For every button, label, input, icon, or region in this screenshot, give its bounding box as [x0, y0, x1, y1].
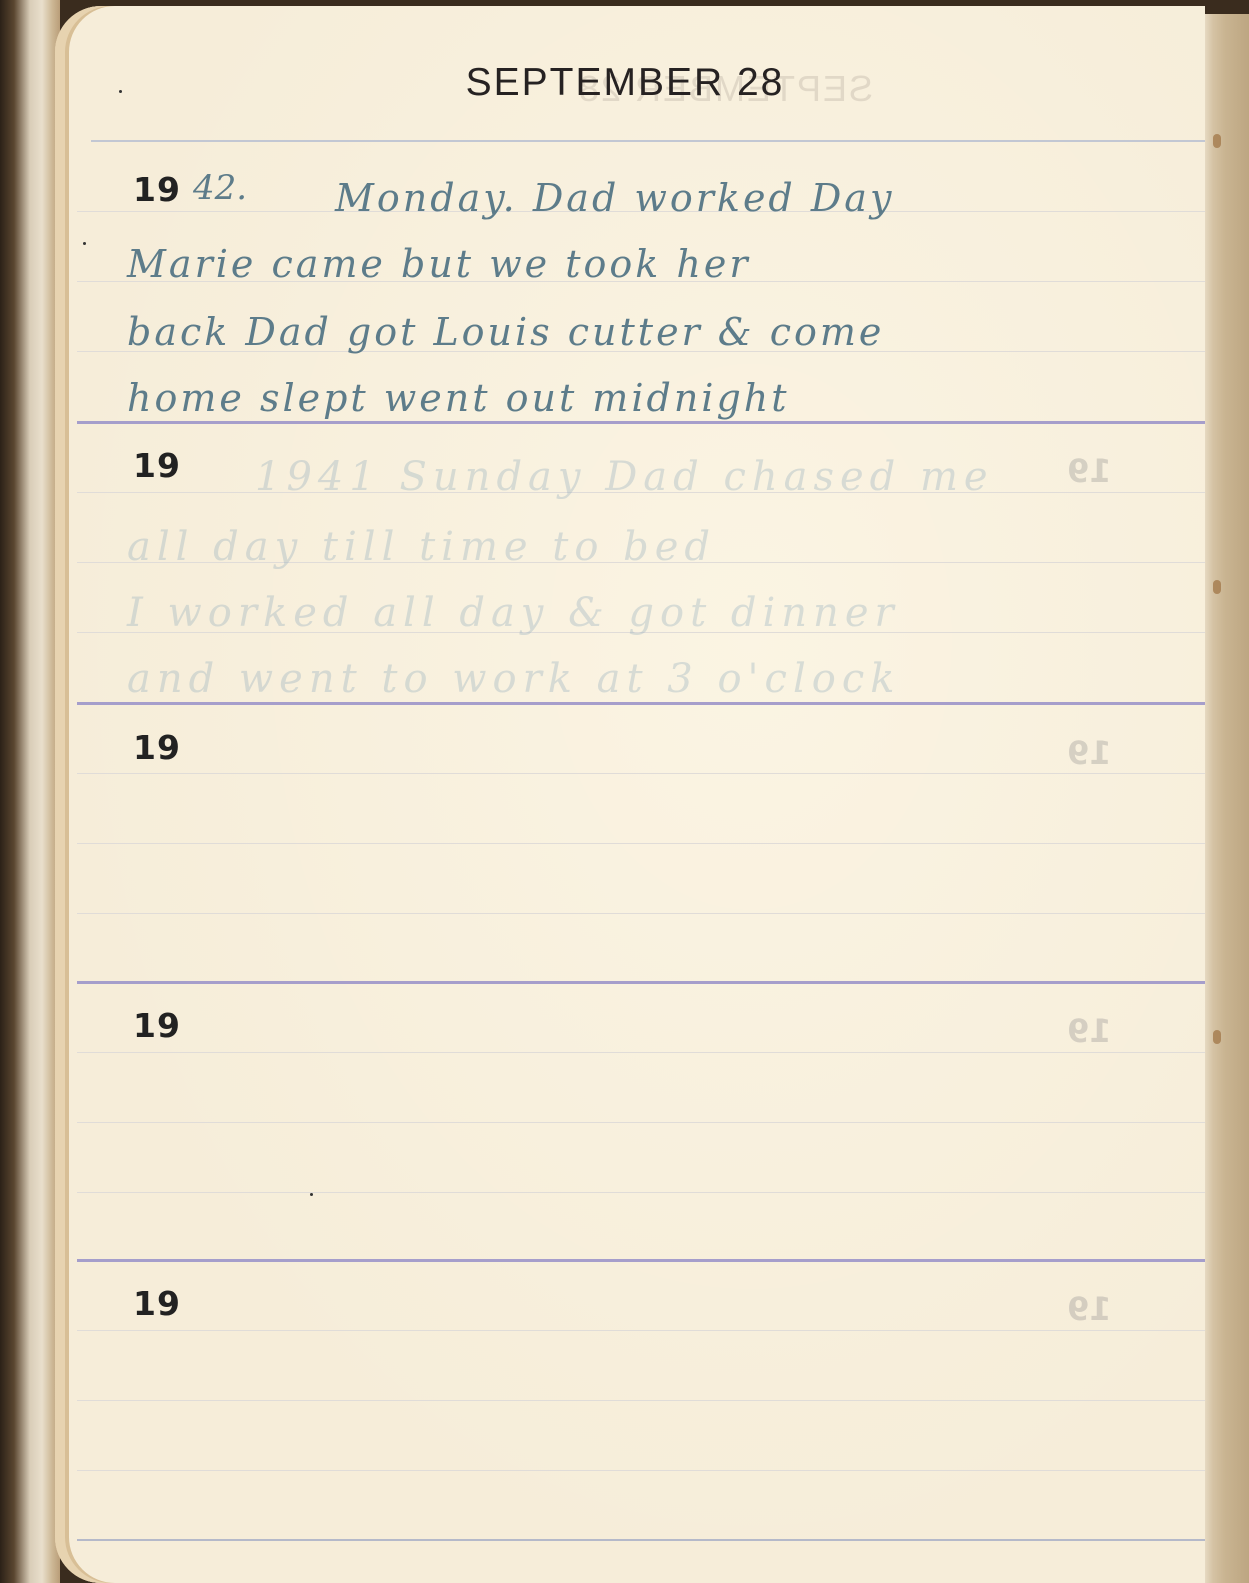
handwritten-line: back Dad got Louis cutter & come — [127, 310, 884, 354]
diary-page: SEPTEMBER 28 SEPTEMBER 28 19 42. Monday.… — [55, 6, 1215, 1583]
speck — [83, 242, 86, 245]
ruled-line — [77, 773, 1215, 774]
year-bleed-through: 19 — [1067, 1290, 1112, 1328]
ruled-line — [77, 1192, 1215, 1193]
entry-divider — [77, 702, 1215, 705]
bleed-through-line: 1941 Sunday Dad chased me — [255, 454, 994, 500]
entry-divider — [77, 421, 1215, 424]
year-bleed-through: 19 — [1067, 1012, 1112, 1050]
bleed-through-line: and went to work at 3 o'clock — [127, 656, 900, 702]
entry-year-handwritten: 42. — [193, 168, 247, 208]
entry-divider — [77, 1539, 1215, 1541]
ruled-line — [77, 843, 1215, 844]
entry-year-label: 19 — [133, 170, 181, 209]
header-rule — [91, 140, 1215, 142]
ruled-line — [77, 913, 1215, 914]
entry-divider — [77, 981, 1215, 984]
bleed-through-line: all day till time to bed — [127, 524, 716, 570]
ruled-line — [77, 1052, 1215, 1053]
foxing-spot — [1213, 580, 1221, 594]
handwritten-line: home slept went out midnight — [127, 376, 790, 420]
entry-divider — [77, 1259, 1215, 1262]
entry-year-label: 19 — [133, 1284, 181, 1323]
ruled-line — [77, 1330, 1215, 1331]
ruled-line — [77, 1122, 1215, 1123]
page-edge — [1205, 0, 1249, 1583]
handwritten-line: Monday. Dad worked Day — [335, 176, 894, 220]
entry-year-label: 19 — [133, 1006, 181, 1045]
book-binding — [0, 0, 60, 1583]
ruled-line — [77, 1400, 1215, 1401]
year-bleed-through: 19 — [1067, 452, 1112, 490]
entry-year-label: 19 — [133, 728, 181, 767]
ruled-line — [77, 1470, 1215, 1471]
speck — [119, 90, 122, 93]
handwritten-line: Marie came but we took her — [127, 242, 751, 286]
foxing-spot — [1213, 1030, 1221, 1044]
edge-shadow — [1205, 0, 1249, 14]
year-bleed-through: 19 — [1067, 734, 1112, 772]
entry-year-label: 19 — [133, 446, 181, 485]
bleed-through-line: I worked all day & got dinner — [127, 590, 900, 636]
speck — [310, 1193, 313, 1196]
foxing-spot — [1213, 134, 1221, 148]
page-date-header: SEPTEMBER 28 — [415, 61, 835, 105]
